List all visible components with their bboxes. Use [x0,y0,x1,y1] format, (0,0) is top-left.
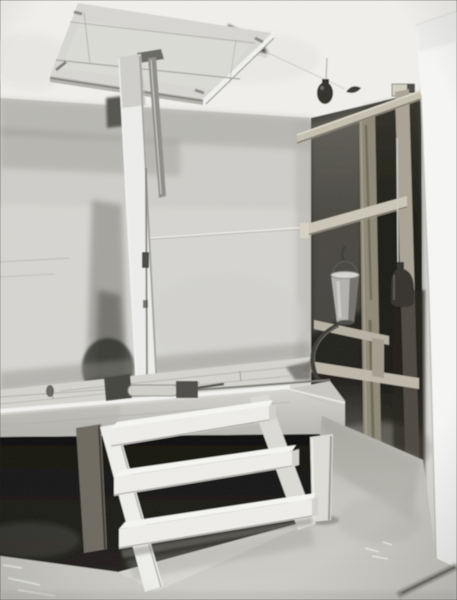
bw-photograph [0,0,457,600]
photo-canvas [0,0,457,600]
vignette [0,0,457,600]
